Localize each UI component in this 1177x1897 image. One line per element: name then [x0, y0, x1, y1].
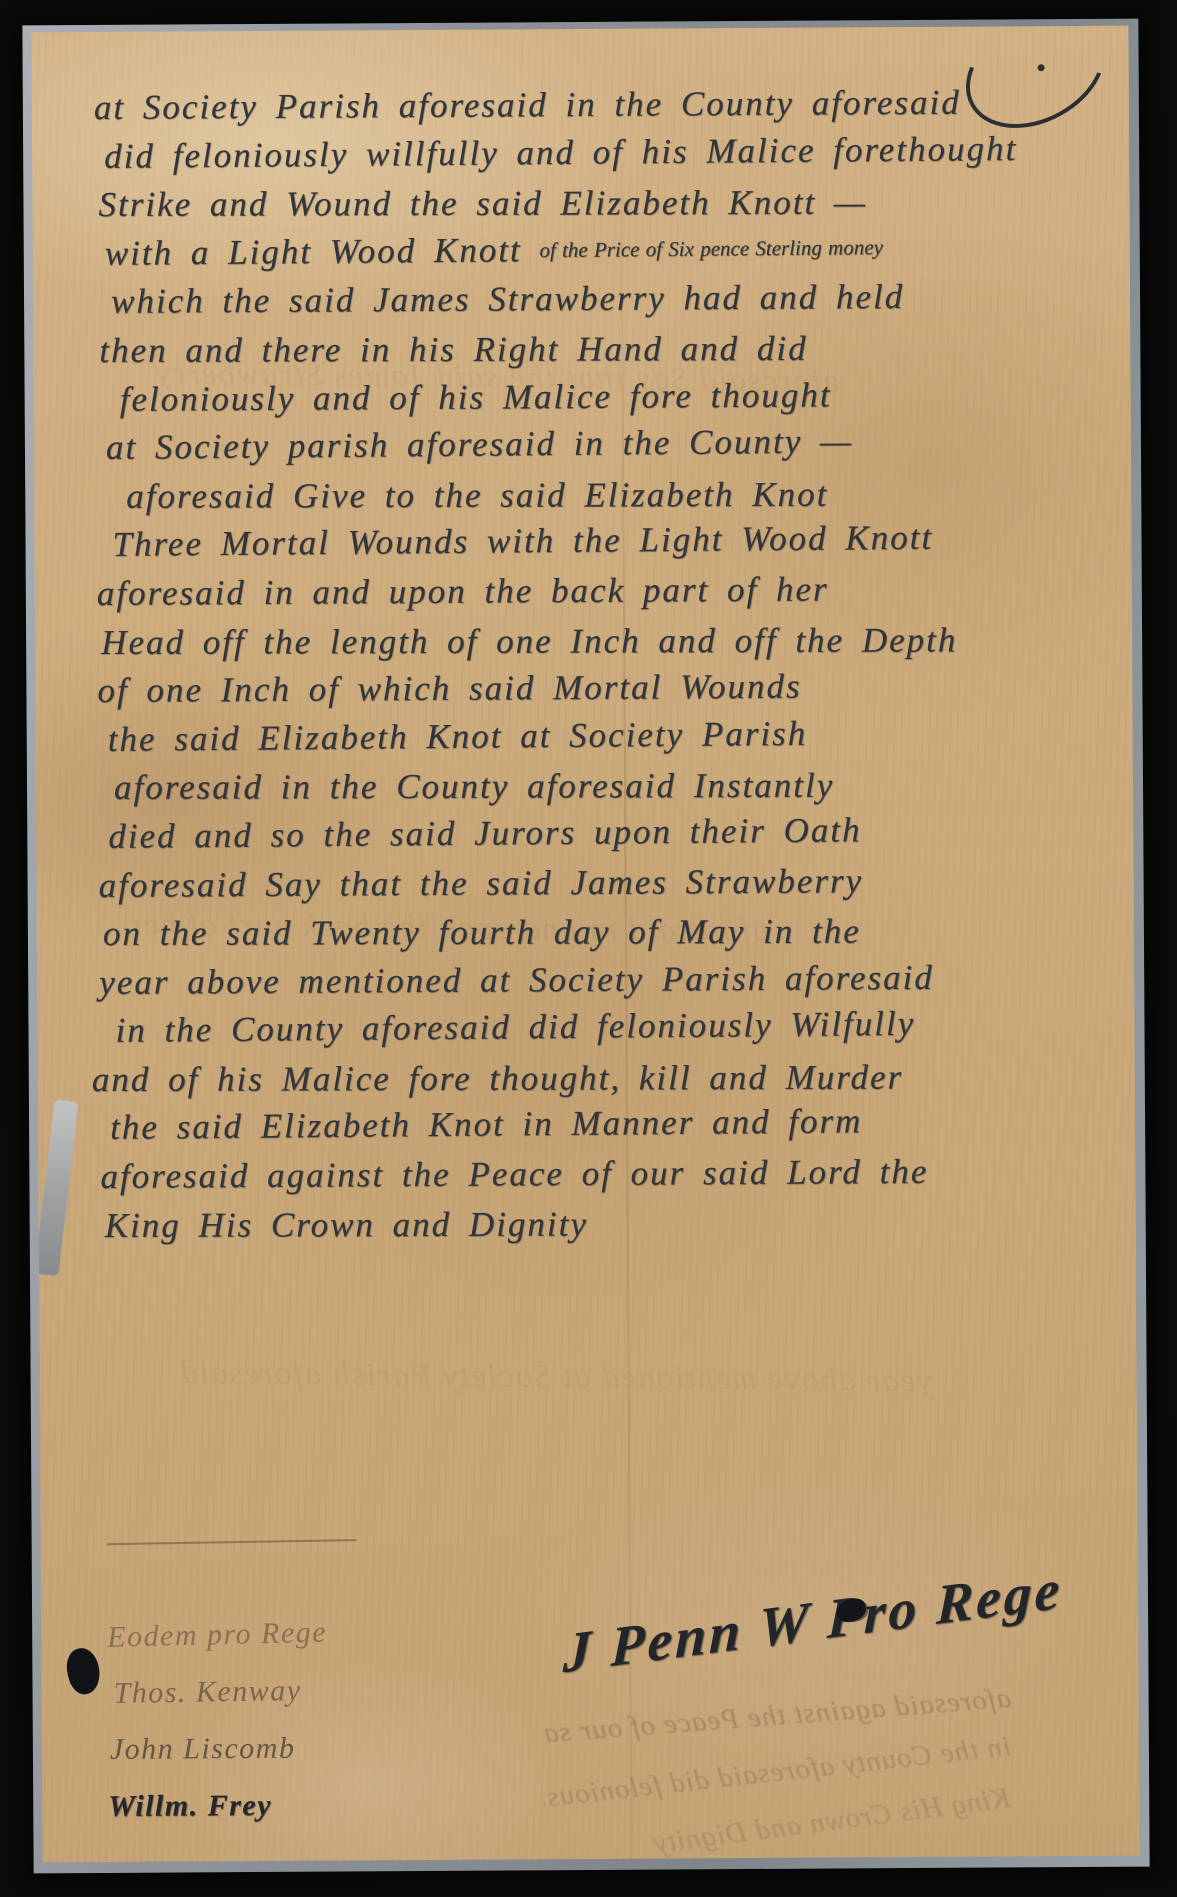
bleed-through-block: aforesaid against the Peace of our said … — [542, 1686, 1013, 1857]
witness-name: Thos. Kenway — [113, 1662, 328, 1722]
manuscript-line: the said Elizabeth Knot in Manner and fo… — [110, 1095, 1140, 1153]
manuscript-line: which the said James Strawberry had and … — [111, 272, 1140, 327]
closing-rule — [107, 1539, 357, 1545]
manuscript-line: aforesaid in and upon the back part of h… — [97, 564, 1140, 619]
manuscript-line: Head off the length of one Inch and off … — [101, 615, 1140, 667]
manuscript-line: with a Light Wood Knott of the Price of … — [105, 221, 1140, 279]
witness-name: John Liscomb — [110, 1720, 328, 1778]
manuscript-line: King His Crown and Dignity — [105, 1198, 1140, 1250]
official-signature: J Penn W Pro Rege — [562, 1557, 1063, 1686]
page-edge: aforesaid Say that the said James Strawb… — [22, 19, 1149, 1874]
pen-flourish-dot-icon — [1038, 64, 1045, 71]
manuscript-paper: aforesaid Say that the said James Strawb… — [31, 26, 1139, 1863]
scanned-manuscript-screenshot: { "page": { "background_color": "#0a0a09… — [0, 0, 1177, 1897]
indictment-body-text: at Society Parish aforesaid in the Count… — [94, 78, 1140, 1251]
manuscript-line: in the County aforesaid did feloniously … — [115, 998, 1139, 1056]
witness-name: Willm. Frey — [108, 1777, 328, 1835]
manuscript-line-main: with a Light Wood Knott — [105, 230, 522, 273]
manuscript-line: died and so the said Jurors upon their O… — [108, 804, 1139, 862]
manuscript-line: aforesaid against the Peace of our said … — [100, 1147, 1139, 1202]
manuscript-line: on the said Twenty fourth day of May in … — [103, 907, 1140, 959]
bleed-through-ghost: year above mentioned at Society Parish a… — [179, 1355, 932, 1401]
witness-name: Eodem pro Rege — [107, 1604, 328, 1666]
manuscript-line: Three Mortal Wounds with the Light Wood … — [112, 512, 1139, 570]
manuscript-line: did feloniously willfully and of his Mal… — [104, 123, 1140, 181]
manuscript-line: then and there in his Right Hand and did — [99, 324, 1139, 376]
ink-blot — [62, 1645, 104, 1697]
manuscript-line: aforesaid Say that the said James Strawb… — [98, 855, 1139, 910]
paper-damage-streak — [34, 1099, 78, 1276]
manuscript-line: at Society parish aforesaid in the Count… — [106, 415, 1140, 473]
witness-names-block: Eodem pro Rege Thos. Kenway John Liscomb… — [107, 1606, 328, 1835]
manuscript-line: the said Elizabeth Knot at Society Paris… — [108, 707, 1140, 765]
interlined-insert-text: of the Price of Six pence Sterling money — [539, 235, 883, 262]
